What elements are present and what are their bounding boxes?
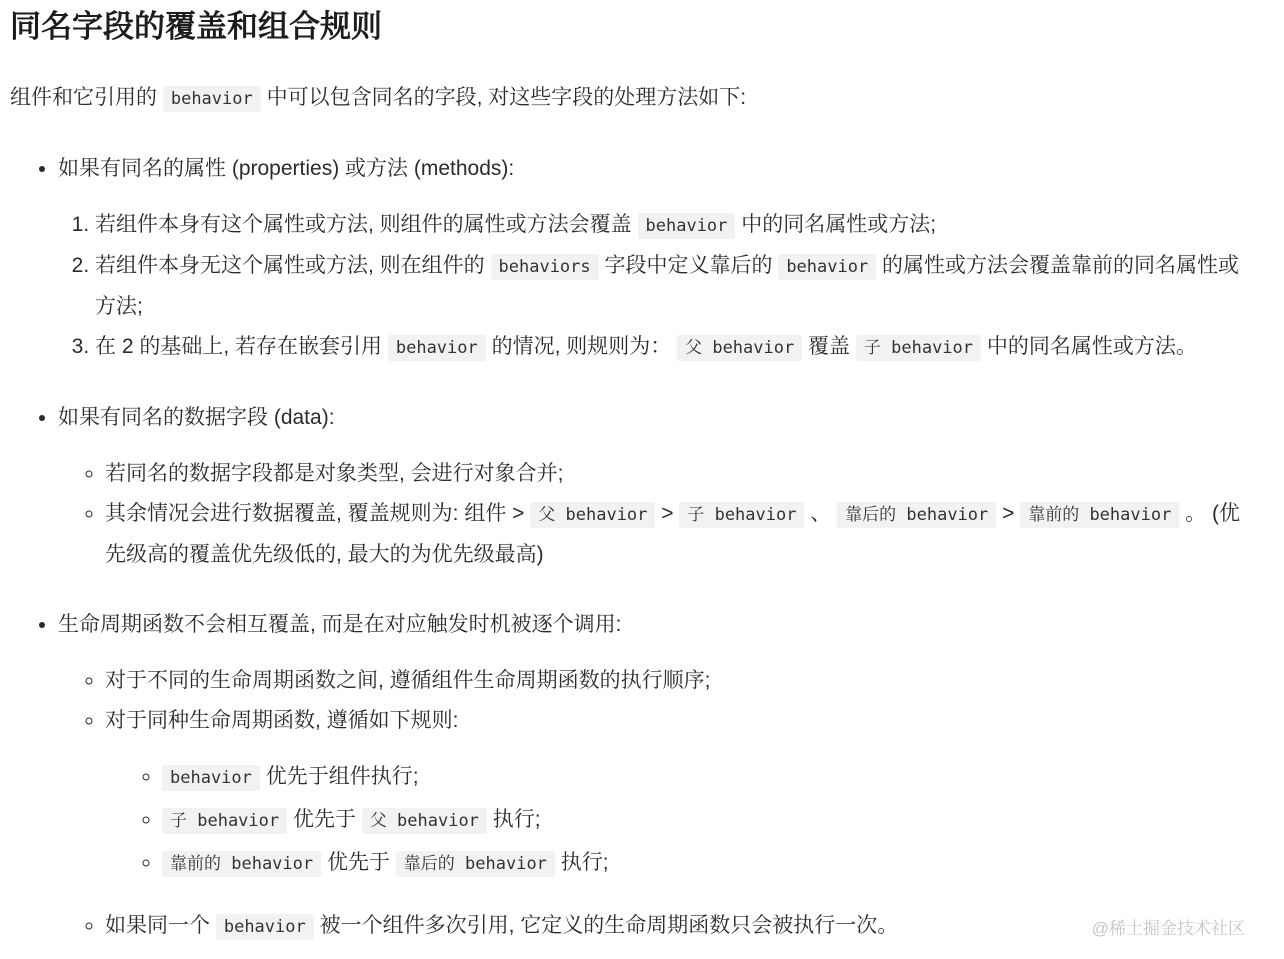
inline-code: behavior: [638, 213, 736, 239]
inline-code: 子 behavior: [679, 502, 804, 528]
sub-item: 如果同一个 behavior 被一个组件多次引用, 它定义的生命周期函数只会被执…: [105, 906, 1240, 947]
lifecycle-sublist: 对于不同的生命周期函数之间, 遵循组件生命周期函数的执行顺序; 对于同种生命周期…: [58, 661, 1240, 947]
inline-code: behavior: [778, 254, 876, 280]
inline-code: behavior: [163, 86, 261, 112]
sub-item: 若同名的数据字段都是对象类型, 会进行对象合并;: [105, 454, 1240, 494]
sub-sub-item: 靠前的 behavior 优先于 靠后的 behavior 执行;: [162, 843, 1240, 884]
inline-code: 靠后的 behavior: [837, 502, 996, 528]
inline-code: 子 behavior: [856, 335, 981, 361]
ordered-item-2: 若组件本身无这个属性或方法, 则在组件的 behaviors 字段中定义靠后的 …: [95, 246, 1240, 327]
list-item-lead: 如果有同名的属性 (properties) 或方法 (methods):: [58, 157, 514, 180]
list-item-data-fields: 如果有同名的数据字段 (data): 若同名的数据字段都是对象类型, 会进行对象…: [58, 398, 1240, 575]
watermark: @稀土掘金技术社区: [1092, 914, 1245, 939]
sub-sub-item: 子 behavior 优先于 父 behavior 执行;: [162, 800, 1240, 841]
sub-sub-item: behavior 优先于组件执行;: [162, 757, 1240, 798]
lifecycle-order-sublist: behavior 优先于组件执行; 子 behavior 优先于 父 behav…: [105, 757, 1240, 884]
list-item-lifecycle: 生命周期函数不会相互覆盖, 而是在对应触发时机被逐个调用: 对于不同的生命周期函…: [58, 605, 1240, 947]
inline-code: 父 behavior: [362, 808, 487, 834]
inline-code: 靠前的 behavior: [1020, 502, 1179, 528]
ordered-item-3: 在 2 的基础上, 若存在嵌套引用 behavior 的情况, 则规则为： 父 …: [95, 327, 1240, 368]
inline-code: 父 behavior: [530, 502, 655, 528]
page-title: 同名字段的覆盖和组合规则: [10, 8, 1240, 46]
inline-code: 靠前的 behavior: [162, 851, 321, 877]
document-page: 同名字段的覆盖和组合规则 组件和它引用的 behavior 中可以包含同名的字段…: [0, 0, 1284, 959]
rules-list: 如果有同名的属性 (properties) 或方法 (methods): 若组件…: [10, 149, 1240, 947]
sub-item: 对于不同的生命周期函数之间, 遵循组件生命周期函数的执行顺序;: [105, 661, 1240, 701]
inline-code: 子 behavior: [162, 808, 287, 834]
inline-code: behaviors: [491, 254, 599, 280]
properties-methods-ordered-list: 若组件本身有这个属性或方法, 则组件的属性或方法会覆盖 behavior 中的同…: [58, 205, 1240, 368]
inline-code: behavior: [216, 914, 314, 940]
ordered-item-1: 若组件本身有这个属性或方法, 则组件的属性或方法会覆盖 behavior 中的同…: [95, 205, 1240, 246]
inline-code: behavior: [388, 335, 486, 361]
inline-code: 靠后的 behavior: [396, 851, 555, 877]
data-fields-sublist: 若同名的数据字段都是对象类型, 会进行对象合并; 其余情况会进行数据覆盖, 覆盖…: [58, 454, 1240, 575]
sub-item: 其余情况会进行数据覆盖, 覆盖规则为: 组件 > 父 behavior > 子 …: [105, 494, 1240, 575]
list-item-lead: 生命周期函数不会相互覆盖, 而是在对应触发时机被逐个调用:: [58, 613, 622, 636]
sub-item-lead: 对于同种生命周期函数, 遵循如下规则:: [105, 709, 459, 732]
inline-code: 父 behavior: [677, 335, 802, 361]
intro-paragraph: 组件和它引用的 behavior 中可以包含同名的字段, 对这些字段的处理方法如…: [10, 78, 1240, 119]
sub-item: 对于同种生命周期函数, 遵循如下规则: behavior 优先于组件执行; 子 …: [105, 701, 1240, 884]
list-item-properties-methods: 如果有同名的属性 (properties) 或方法 (methods): 若组件…: [58, 149, 1240, 368]
inline-code: behavior: [162, 765, 260, 791]
list-item-lead: 如果有同名的数据字段 (data):: [58, 406, 335, 429]
